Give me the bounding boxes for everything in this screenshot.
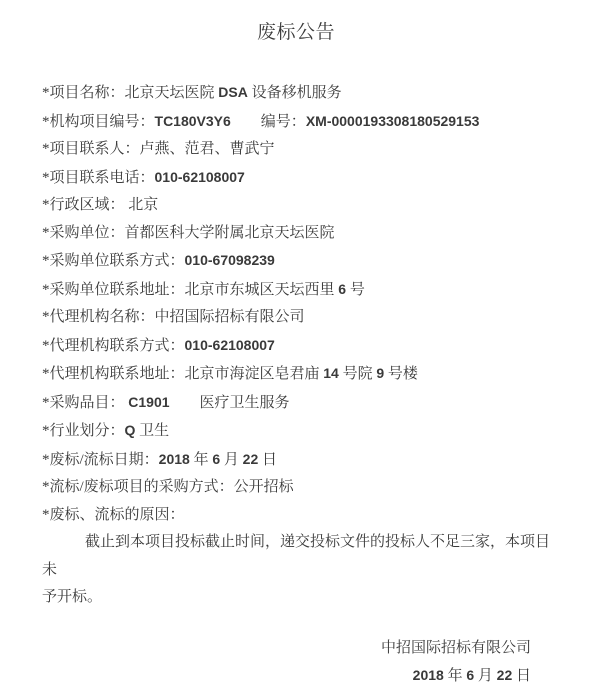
- field-org-project-code: *机构项目编号：TC180V3Y6 编号：XM-0000193308180529…: [42, 108, 557, 137]
- field-industry: *行业划分：Q 卫生: [42, 417, 557, 446]
- reason-line-1: 截止到本项目投标截止时间，递交投标文件的投标人不足三家，本项目未: [42, 529, 557, 584]
- field-admin-region: *行政区域： 北京: [42, 192, 557, 220]
- field-procurement-method: *流标/废标项目的采购方式：公开招标: [42, 474, 557, 502]
- field-project-name: *项目名称：北京天坛医院 DSA 设备移机服务: [42, 79, 557, 108]
- field-agency-name: *代理机构名称：中招国际招标有限公司: [42, 304, 557, 332]
- field-reason-label: *废标、流标的原因：: [42, 502, 557, 530]
- field-purchaser-address: *采购单位联系地址：北京市东城区天坛西里 6 号: [42, 276, 557, 305]
- signature-date: 2018 年 6 月 22 日: [42, 662, 531, 691]
- page-title: 废标公告: [0, 20, 592, 46]
- announcement-document: 废标公告 *项目名称：北京天坛医院 DSA 设备移机服务 *机构项目编号：TC1…: [0, 0, 592, 700]
- field-project-contact: *项目联系人：卢燕、范君、曹武宁: [42, 136, 557, 164]
- field-agency-contact: *代理机构联系方式：010-62108007: [42, 332, 557, 361]
- field-procurement-item: *采购品目： C1901 医疗卫生服务: [42, 389, 557, 418]
- field-purchaser-contact: *采购单位联系方式：010-67098239: [42, 247, 557, 276]
- document-body: *项目名称：北京天坛医院 DSA 设备移机服务 *机构项目编号：TC180V3Y…: [0, 79, 592, 691]
- signature-block: 中招国际招标有限公司 2018 年 6 月 22 日: [42, 635, 557, 691]
- signature-company: 中招国际招标有限公司: [42, 635, 531, 663]
- reason-line-2: 予开标。: [42, 584, 557, 612]
- field-cancel-date: *废标/流标日期：2018 年 6 月 22 日: [42, 446, 557, 475]
- field-purchaser: *采购单位：首都医科大学附属北京天坛医院: [42, 220, 557, 248]
- field-project-phone: *项目联系电话：010-62108007: [42, 164, 557, 193]
- field-agency-address: *代理机构联系地址：北京市海淀区皂君庙 14 号院 9 号楼: [42, 360, 557, 389]
